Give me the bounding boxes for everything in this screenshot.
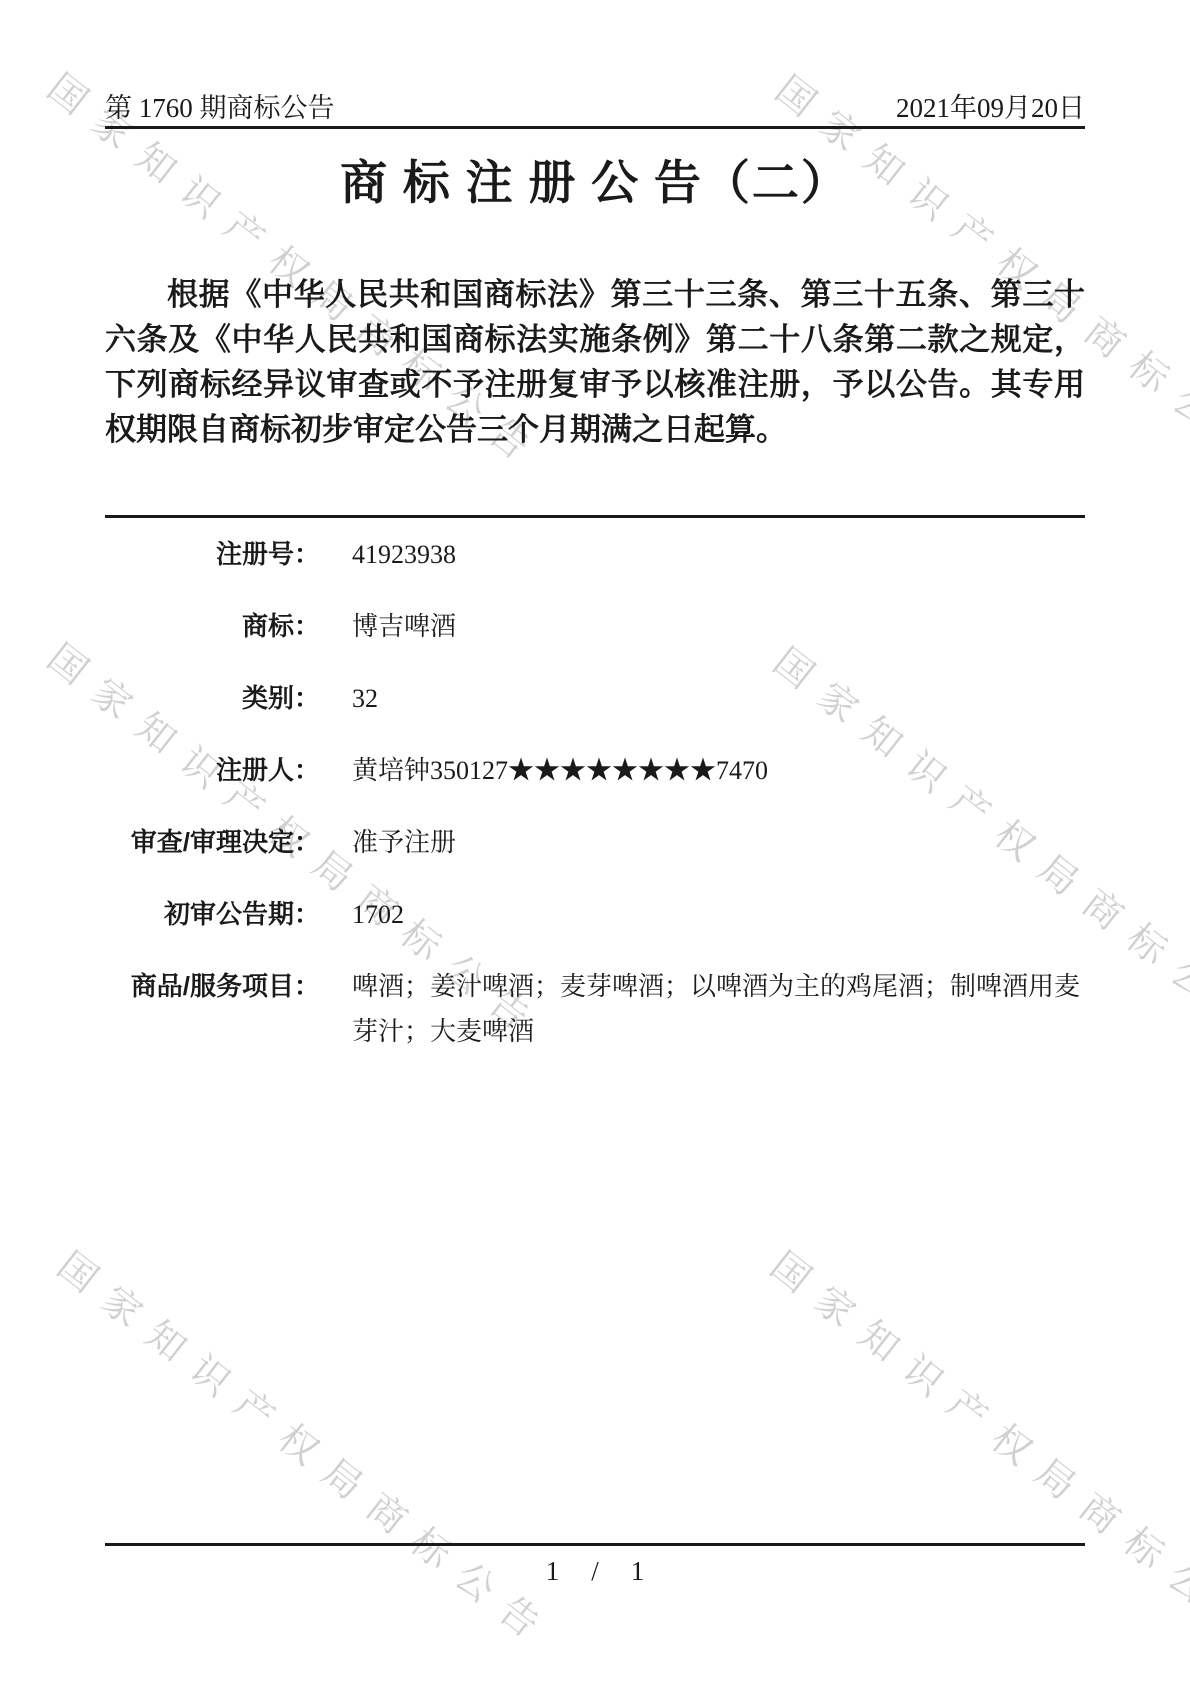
section-divider <box>105 515 1085 518</box>
field-value: 啤酒；姜汁啤酒；麦芽啤酒；以啤酒为主的鸡尾酒；制啤酒用麦芽汁；大麦啤酒 <box>352 964 1085 1054</box>
field-row: 注册号：41923938 <box>105 532 1085 577</box>
field-value: 博吉啤酒 <box>352 604 1085 649</box>
header-date: 2021年09月20日 <box>896 86 1085 125</box>
footer-divider <box>105 1543 1085 1546</box>
document-page: 国家知识产权局商标公告国家知识产权局商标公告国家知识产权局商标公告国家知识产权局… <box>0 0 1190 1684</box>
field-row: 类别：32 <box>105 676 1085 721</box>
fields-section: 注册号：41923938商标：博吉啤酒类别：32注册人：黄培钟350127★★★… <box>105 532 1085 1081</box>
field-label: 商品/服务项目： <box>105 964 320 1009</box>
field-row: 审查/审理决定：准予注册 <box>105 820 1085 865</box>
header-divider <box>105 126 1085 129</box>
field-row: 商标：博吉啤酒 <box>105 604 1085 649</box>
page-title: 商 标 注 册 公 告（二） <box>0 146 1190 213</box>
field-label: 类别： <box>105 676 320 721</box>
field-row: 注册人：黄培钟350127★★★★★★★★7470 <box>105 748 1085 793</box>
field-value: 准予注册 <box>352 820 1085 865</box>
field-value: 1702 <box>352 892 1085 937</box>
field-row: 初审公告期：1702 <box>105 892 1085 937</box>
content-layer: 第 1760 期商标公告 2021年09月20日 商 标 注 册 公 告（二） … <box>0 0 1190 1684</box>
field-label: 商标： <box>105 604 320 649</box>
field-value: 41923938 <box>352 532 1085 577</box>
field-value: 32 <box>352 676 1085 721</box>
field-row: 商品/服务项目：啤酒；姜汁啤酒；麦芽啤酒；以啤酒为主的鸡尾酒；制啤酒用麦芽汁；大… <box>105 964 1085 1054</box>
page-number: 1 / 1 <box>0 1556 1190 1587</box>
page-number-current: 1 <box>546 1556 560 1587</box>
field-label: 审查/审理决定： <box>105 820 320 865</box>
field-label: 初审公告期： <box>105 892 320 937</box>
page-number-total: 1 <box>631 1556 645 1587</box>
page-header: 第 1760 期商标公告 2021年09月20日 <box>105 86 1085 125</box>
page-number-separator: / <box>591 1556 599 1587</box>
intro-paragraph: 根据《中华人民共和国商标法》第三十三条、第三十五条、第三十六条及《中华人民共和国… <box>105 272 1085 452</box>
field-label: 注册号： <box>105 532 320 577</box>
field-value: 黄培钟350127★★★★★★★★7470 <box>352 748 1085 793</box>
header-issue-number: 第 1760 期商标公告 <box>105 86 335 125</box>
field-label: 注册人： <box>105 748 320 793</box>
